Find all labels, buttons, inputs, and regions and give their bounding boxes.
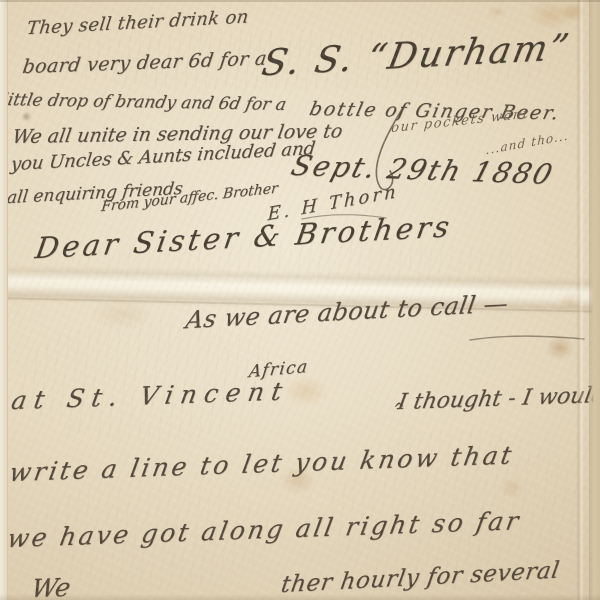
paper-edge-bottom	[0, 594, 600, 600]
body-line-5b: ther hourly for several	[279, 559, 561, 597]
letter-date: Sept. 29th 1880	[288, 152, 557, 189]
stain	[528, 0, 574, 30]
stain	[500, 478, 524, 498]
postscript-line-1: They sell their drink on	[26, 8, 250, 38]
letter-page: They sell their drink on board very dear…	[0, 0, 600, 600]
vertical-crease	[576, 0, 584, 600]
paper-edge-left	[0, 0, 8, 600]
body-line-3: write a line to let you know that	[8, 442, 517, 485]
postscript-line-3a: little drop of brandy and 6d for a	[1, 92, 288, 114]
salutation: Dear Sister & Brothers	[33, 212, 454, 263]
stain	[22, 112, 31, 121]
body-line-1: As we are about to call —	[184, 291, 510, 332]
ink-flourish	[468, 330, 588, 346]
body-line-2b: I thought - I would	[396, 385, 600, 414]
stain	[90, 298, 154, 330]
stain	[488, 6, 506, 18]
stain	[546, 336, 574, 360]
postscript-line-2: board very dear 6d for a	[21, 49, 268, 77]
paper-edge-right	[589, 0, 600, 600]
ship-name: S. S. “Durham”	[259, 30, 573, 83]
body-line-4: we have got along all right so far	[6, 508, 524, 551]
margin-note-2: ...and tho...	[486, 129, 570, 156]
paper-edge-top	[0, 0, 600, 2]
body-line-2a: at St. Vincent	[10, 378, 292, 413]
